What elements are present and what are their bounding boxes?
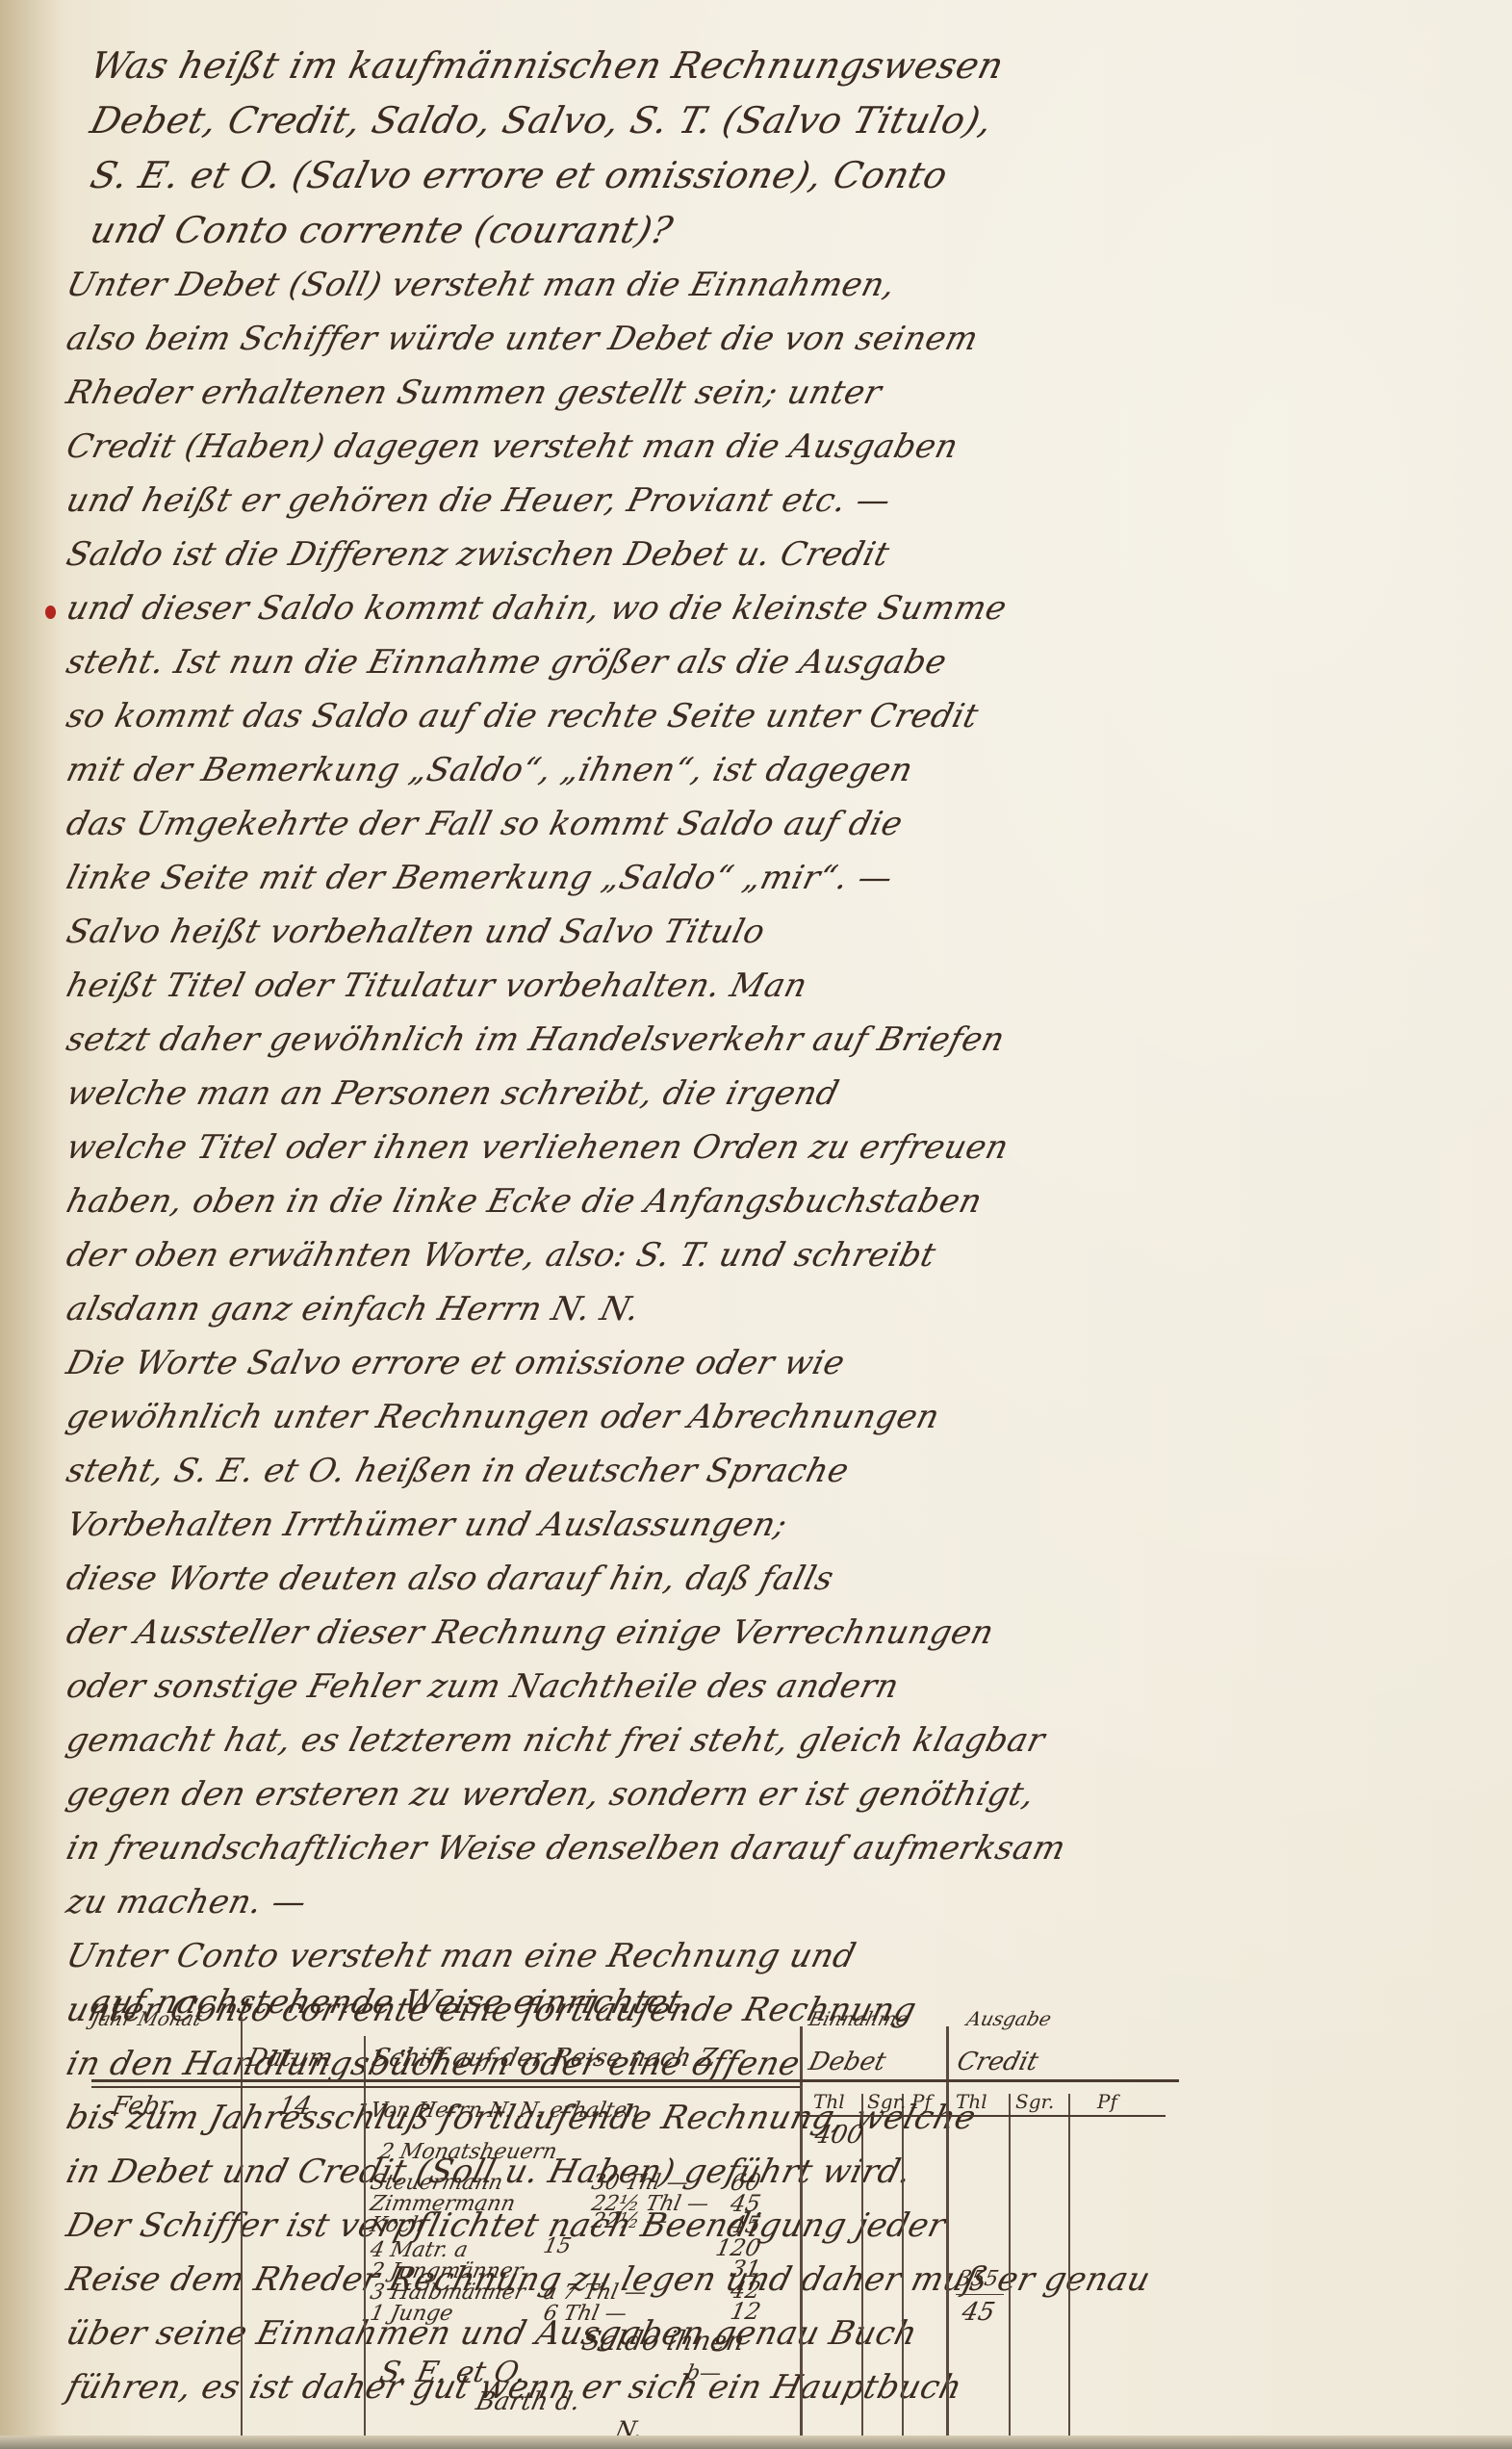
cell-description: Von Herrn N. N. erhalten xyxy=(368,2099,643,2123)
answer-line: alsdann ganz einfach Herrn N. N. xyxy=(61,1282,1229,1336)
answer-line: der Aussteller dieser Rechnung einige Ve… xyxy=(61,1606,1229,1660)
answer-line: Salvo heißt vorbehalten und Salvo Titulo xyxy=(61,905,1229,959)
answer-line: haben, oben in die linke Ecke die Anfang… xyxy=(61,1174,1229,1228)
answer-line: mit der Bemerkung „Saldo“, „ihnen“, ist … xyxy=(61,743,1229,797)
answer-line: setzt daher gewöhnlich im Handelsverkehr… xyxy=(61,1013,1229,1067)
header-credit-label: Credit xyxy=(954,2048,1041,2076)
answer-line: das Umgekehrte der Fall so kommt Saldo a… xyxy=(61,797,1229,851)
question-line: Was heißt im kaufmännischen Rechnungswes… xyxy=(85,39,1205,93)
answer-line: steht, S. E. et O. heißen in deutscher S… xyxy=(61,1444,1229,1498)
answer-line: Vorbehalten Irrthümer und Auslassungen; xyxy=(61,1498,1229,1552)
subheader-debet-pf: Pf xyxy=(911,2090,932,2113)
header-expense-group: Ausgabe xyxy=(964,2007,1054,2030)
header-income-group: Einnahme xyxy=(807,2007,910,2030)
header-date: Datum xyxy=(243,2044,336,2073)
column-rule xyxy=(861,2094,863,2440)
answer-line: Saldo ist die Differenz zwischen Debet u… xyxy=(61,528,1229,581)
answer-line: Die Worte Salvo errore et omissione oder… xyxy=(61,1336,1229,1390)
answer-line: und dieser Saldo kommt dahin, wo die kle… xyxy=(61,581,1229,635)
answer-line: gegen den ersteren zu werden, sondern er… xyxy=(61,1767,1229,1821)
answer-line: welche man an Personen schreibt, die irg… xyxy=(61,1067,1229,1121)
cell-description: 2 Monatsheuern xyxy=(377,2140,559,2164)
cell-detail: 15 xyxy=(541,2234,573,2258)
saldo-label: Saldo ihnen xyxy=(578,2325,747,2357)
answer-line: also beim Schiffer würde unter Debet die… xyxy=(61,312,1229,366)
subheader-rule xyxy=(800,2115,1166,2117)
answer-line: diese Worte deuten also darauf hin, daß … xyxy=(61,1552,1229,1606)
answer-line: in freundschaftlicher Weise denselben da… xyxy=(61,1821,1229,1875)
answer-line: der oben erwähnten Worte, also: S. T. un… xyxy=(61,1228,1229,1282)
subheader-credit-thl: Thl xyxy=(956,2090,987,2113)
answer-line: Unter Conto versteht man eine Rechnung u… xyxy=(61,1929,1229,1983)
subheader-credit-sgr: Sgr. xyxy=(1015,2090,1054,2113)
footer-place: Barth d. xyxy=(474,2387,583,2416)
cell-month: Febr. xyxy=(110,2092,180,2121)
answer-line: heißt Titel oder Titulatur vorbehalten. … xyxy=(61,959,1229,1013)
header-debet: Debet xyxy=(806,2048,888,2076)
answer-line: Rheder erhaltenen Summen gestellt sein; … xyxy=(61,366,1229,420)
header-rule xyxy=(91,2079,1179,2082)
question-block: Was heißt im kaufmännischen Rechnungswes… xyxy=(91,39,1198,258)
credit-balance: 45 xyxy=(960,2298,997,2327)
answer-line: linke Seite mit der Bemerkung „Saldo“ „m… xyxy=(61,851,1229,905)
subheader-credit-pf: Pf xyxy=(1097,2090,1117,2113)
ledger-table: Jahr Monat Datum Schiff auf der Reise na… xyxy=(91,2007,1179,2440)
column-rule xyxy=(800,2026,803,2440)
subheader-debet-thl: Thl xyxy=(813,2090,845,2113)
question-line: Debet, Credit, Saldo, Salvo, S. T. (Salv… xyxy=(85,93,1205,148)
answer-line: oder sonstige Fehler zum Nachtheile des … xyxy=(61,1660,1229,1714)
question-line: und Conto corrente (courant)? xyxy=(85,203,1205,258)
book-binding-shadow xyxy=(0,0,60,2449)
cell-date: 14 xyxy=(276,2092,314,2121)
answer-line: Unter Debet (Soll) versteht man die Einn… xyxy=(61,258,1229,312)
cell-detail: 22½ — xyxy=(589,2209,670,2233)
footer-extra: b— xyxy=(683,2361,723,2385)
header-description: Schiff auf der Reise nach Z xyxy=(369,2044,720,2073)
answer-line: Credit (Haben) dagegen versteht man die … xyxy=(61,420,1229,474)
answer-line: gewöhnlich unter Rechnungen oder Abrechn… xyxy=(61,1390,1229,1444)
column-rule xyxy=(946,2026,949,2440)
cell-amount: 12 xyxy=(690,2298,763,2325)
column-rule xyxy=(1068,2094,1070,2440)
column-rule xyxy=(902,2094,904,2440)
manuscript-page: Was heißt im kaufmännischen Rechnungswes… xyxy=(0,0,1512,2449)
header-month: Jahr Monat xyxy=(89,2007,204,2030)
page-bottom-edge xyxy=(0,2436,1512,2449)
answer-line: und heißt er gehören die Heuer, Proviant… xyxy=(61,474,1229,528)
cell-description: Koch xyxy=(368,2213,426,2237)
credit-subtotal: 355 xyxy=(955,2267,1000,2291)
cell-detail: 6 Thl — xyxy=(541,2302,628,2326)
cell-description: 1 Junge xyxy=(368,2302,455,2326)
cell-debet-thl: 400 xyxy=(812,2121,866,2150)
answer-line: so kommt das Saldo auf die rechte Seite … xyxy=(61,689,1229,743)
subtotal-rule xyxy=(956,2294,1004,2295)
header-rule xyxy=(91,2086,800,2088)
subheader-debet-sgr: Sgr. xyxy=(867,2090,906,2113)
question-line: S. E. et O. (Salvo errore et omissione),… xyxy=(85,148,1205,203)
answer-line: welche Titel oder ihnen verliehenen Orde… xyxy=(61,1121,1229,1174)
column-rule xyxy=(1009,2094,1011,2440)
red-margin-mark xyxy=(45,606,56,619)
answer-line: steht. Ist nun die Einnahme größer als d… xyxy=(61,635,1229,689)
answer-line: zu machen. — xyxy=(61,1875,1229,1929)
footer-seo: S. E. et O. xyxy=(376,2356,529,2389)
answer-line: gemacht hat, es letzterem nicht frei ste… xyxy=(61,1714,1229,1767)
column-rule xyxy=(364,2036,366,2440)
